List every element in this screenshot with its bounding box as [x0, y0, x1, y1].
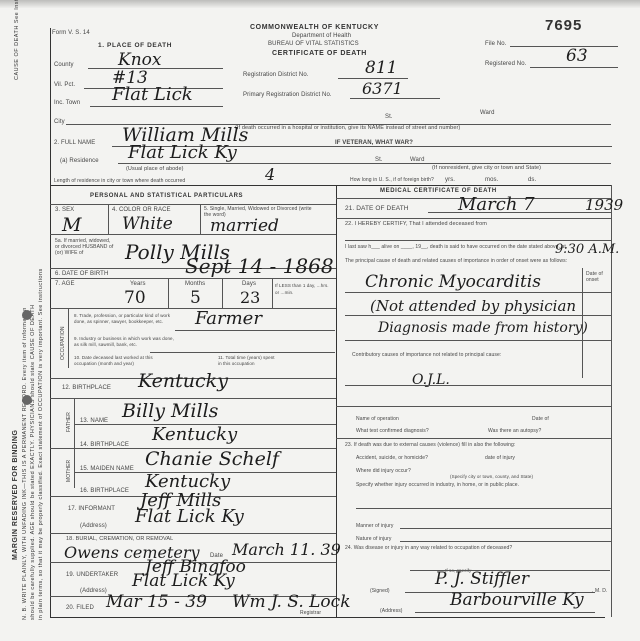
where-injury-note: (Specify city or town, county, and State… — [450, 474, 533, 479]
residence-line — [118, 163, 611, 164]
age-months-value: 5 — [190, 288, 201, 308]
manner-of-injury-label: Manner of injury — [356, 523, 393, 529]
where-injury-label: Where did injury occur? — [356, 468, 411, 474]
full-name-label: 2. FULL NAME — [54, 140, 95, 146]
primary-registration-value: 6371 — [362, 79, 403, 98]
county-label: County — [54, 62, 74, 68]
injury-line — [356, 508, 611, 509]
address-line — [415, 612, 595, 613]
mos-label: mos. — [485, 177, 498, 183]
primary-registration-label: Primary Registration District No. — [243, 92, 332, 98]
signed-label: (Signed) — [370, 588, 390, 594]
row-line — [336, 218, 611, 219]
age-years-value: 70 — [124, 288, 146, 308]
address-label: (Address) — [380, 608, 403, 614]
yrs-label: yrs. — [445, 177, 455, 183]
operation-date-label: Date of — [532, 416, 549, 422]
registrar-label: Registrar — [300, 610, 321, 616]
accident-label: Accident, suicide, or homicide? — [356, 455, 428, 461]
spouse-label: 5a. If married, widowed, or divorced HUS… — [55, 238, 115, 256]
row-line — [50, 204, 336, 205]
bureau-heading: BUREAU OF VITAL STATISTICS — [268, 41, 359, 47]
burial-date-value: March 11. 39 — [232, 540, 341, 559]
dob-value: Sept 14 - 1868 — [185, 254, 334, 278]
sex-value: M — [62, 214, 81, 236]
father-side-label: FATHER — [66, 412, 72, 432]
form-bottom-border — [50, 617, 605, 618]
st-label-2: St. — [375, 157, 383, 163]
stamp-number: 7695 — [545, 17, 582, 34]
ward-label-2: Ward — [410, 157, 425, 163]
autopsy-label: Was there an autopsy? — [488, 428, 541, 434]
instructions-line-3: in plain terms, so that it may be proper… — [38, 268, 44, 620]
commonwealth-heading: COMMONWEALTH OF KENTUCKY — [250, 24, 379, 31]
industry-label: 9. Industry or business in which work wa… — [74, 336, 174, 348]
nature-of-injury-label: Nature of injury — [356, 536, 392, 542]
date-of-death-label: 21. DATE OF DEATH — [345, 205, 409, 212]
row-line — [50, 308, 336, 309]
registration-district-label: Registration District No. — [243, 72, 309, 78]
operation-label: Name of operation — [356, 416, 399, 422]
age-label: 7. AGE — [55, 281, 75, 287]
dob-label: 6. DATE OF BIRTH — [55, 271, 108, 277]
father-name-value: Billy Mills — [122, 400, 218, 422]
md-label: , M. D. — [592, 588, 607, 594]
veteran-label: IF VETERAN, WHAT WAR? — [335, 140, 413, 146]
date-of-death-value: March 7 — [458, 194, 535, 215]
contributory-label: Contributory causes of importance not re… — [352, 352, 572, 358]
inc-town-line — [90, 106, 223, 107]
binding-margin-text: MARGIN RESERVED FOR BINDING — [12, 430, 19, 560]
occupation-related-label: 24. Was disease or injury in any way rel… — [345, 545, 512, 551]
cause-line-3: Diagnosis made from history) — [378, 320, 588, 336]
row-line — [336, 438, 611, 439]
certify-label: 22. I HEREBY CERTIFY, That I attended de… — [345, 221, 487, 227]
birthplace-label: 12. BIRTHPLACE — [62, 385, 111, 391]
foreign-birth-label: How long in U. S., if of foreign birth? — [350, 177, 434, 183]
filed-label: 20. FILED — [66, 605, 94, 611]
cell-divider — [222, 278, 223, 308]
cause-line — [345, 315, 611, 316]
binding-hole-icon — [22, 310, 32, 320]
external-causes-label: 23. If death was due to external causes … — [345, 442, 515, 448]
age-days-value: 23 — [240, 288, 260, 307]
burial-label: 18. BURIAL, CREMATION, OR REMOVAL — [66, 536, 173, 542]
date-of-onset-label: Date of onset — [586, 271, 611, 283]
primary-registration-line — [350, 98, 440, 99]
vil-pct-label: Vil. Pct. — [54, 82, 75, 88]
place-of-death-title: 1. PLACE OF DEATH — [98, 42, 172, 49]
cause-line — [345, 385, 611, 386]
cause-line — [345, 292, 611, 293]
cause-line — [345, 340, 611, 341]
filed-value: Mar 15 - 39 — [106, 592, 207, 612]
cell-divider — [108, 204, 109, 234]
injury-date-label: date of injury — [485, 455, 515, 461]
color-value: White — [122, 214, 173, 234]
registered-no-line — [530, 67, 618, 68]
hospital-note: (If death occurred in a hospital or inst… — [235, 125, 460, 131]
color-label: 4. COLOR OR RACE — [112, 207, 171, 213]
row-line — [50, 234, 336, 235]
total-time-label: 11. Total time (years) spent in this occ… — [218, 355, 278, 367]
length-of-residence-label: Length of residence in city or town wher… — [54, 178, 185, 184]
personal-section-title: PERSONAL AND STATISTICAL PARTICULARS — [90, 193, 243, 199]
less-than-day-label: If LESS than 1 day, ...hrs. or ...min. — [275, 282, 333, 296]
cell-divider — [272, 278, 273, 308]
usual-place-note: (Usual place of abode) — [126, 166, 184, 172]
file-no-line — [510, 46, 618, 47]
registration-district-value: 811 — [365, 58, 397, 78]
form-left-border — [50, 28, 51, 618]
nonresident-note: (If nonresident, give city or town and S… — [432, 165, 541, 171]
manner-line — [400, 528, 611, 529]
trade-line — [175, 330, 335, 331]
certificate-title: CERTIFICATE OF DEATH — [272, 50, 367, 57]
cause-line-2: (Not attended by physician — [370, 297, 576, 315]
trade-label: 8. Trade, profession, or particular kind… — [74, 313, 174, 325]
cause-of-death-side-label: CAUSE OF DEATH See Instructions — [14, 0, 20, 80]
department-heading: Department of Health — [292, 33, 351, 39]
county-value: Knox — [118, 50, 161, 70]
residence-value: Flat Lick Ky — [128, 142, 237, 163]
form-number: Form V. S. 14 — [52, 30, 90, 36]
binding-hole-icon — [22, 395, 32, 405]
registrar-signature: Wm J. S. Lock — [232, 592, 351, 612]
registered-no-value: 63 — [566, 46, 588, 66]
test-confirmed-label: What test confirmed diagnosis? — [356, 428, 429, 434]
mother-side-label: MOTHER — [66, 460, 72, 482]
file-no-label: File No. — [485, 41, 506, 47]
row-line — [50, 533, 336, 534]
principal-cause-label: The principal cause of death and related… — [345, 258, 610, 264]
undertaker-address-label: (Address) — [80, 588, 107, 594]
instructions-line-2: should be carefully supplied. AGE should… — [30, 304, 36, 620]
industry-line — [150, 352, 335, 353]
sex-label: 3. SEX — [55, 207, 74, 213]
ward-label: Ward — [480, 110, 495, 116]
physician-address: Barbourville Ky — [450, 590, 584, 610]
row-line — [336, 406, 611, 407]
specify-injury-label: Specify whether injury occurred in indus… — [356, 482, 611, 488]
cell-divider — [68, 308, 69, 368]
undertaker-label: 19. UNDERTAKER — [66, 572, 118, 578]
inc-town-label: Inc. Town — [54, 100, 80, 106]
row-line — [50, 278, 336, 279]
section-divider — [50, 185, 612, 186]
marital-value: married — [210, 216, 279, 236]
cell-divider — [200, 204, 201, 234]
inc-town-value: Flat Lick — [112, 84, 193, 105]
attended-line — [345, 240, 611, 241]
time-of-death-value: 9:30 A.M. — [555, 242, 619, 257]
city-label: City — [54, 119, 65, 125]
cause-line-1: Chronic Myocarditis — [365, 272, 541, 292]
occupation-side-label: OCCUPATION — [60, 326, 66, 360]
trade-value: Farmer — [195, 308, 262, 329]
nature-line — [400, 541, 611, 542]
father-birthplace-value: Kentucky — [152, 424, 237, 445]
cell-divider — [74, 398, 75, 488]
st-label: St. — [385, 114, 393, 120]
mother-birthplace-label: 16. BIRTHPLACE — [80, 488, 129, 494]
informant-address-value: Flat Lick Ky — [135, 506, 244, 527]
birthplace-value: Kentucky — [138, 370, 228, 392]
months-label: Months — [185, 281, 205, 287]
informant-address-label: (Address) — [80, 523, 107, 529]
last-worked-label: 10. Date deceased last worked at this oc… — [74, 355, 174, 367]
mother-maiden-value: Chanie Schelf — [145, 448, 279, 470]
residence-label: (a) Residence — [60, 158, 99, 164]
mother-birthplace-value: Kentucky — [145, 471, 230, 492]
length-of-residence-value: 4 — [265, 165, 275, 184]
days-label: Days — [242, 281, 256, 287]
undertaker-address-value: Flat Lick Ky — [132, 571, 235, 591]
physician-signature: P. J. Stiffler — [435, 569, 529, 589]
date-of-death-year: 1939 — [585, 196, 623, 214]
row-line — [50, 398, 336, 399]
informant-label: 17. INFORMANT — [68, 506, 115, 512]
instructions-line-1: N. B. WRITE PLAINLY, WITH UNFADING INK—T… — [22, 307, 28, 620]
death-certificate: MARGIN RESERVED FOR BINDING N. B. WRITE … — [0, 0, 640, 641]
years-label: Years — [130, 281, 146, 287]
registered-no-label: Registered No. — [485, 61, 526, 67]
cell-divider — [168, 278, 169, 308]
ds-label: ds. — [528, 177, 536, 183]
scan-edge-shadow — [0, 0, 640, 8]
